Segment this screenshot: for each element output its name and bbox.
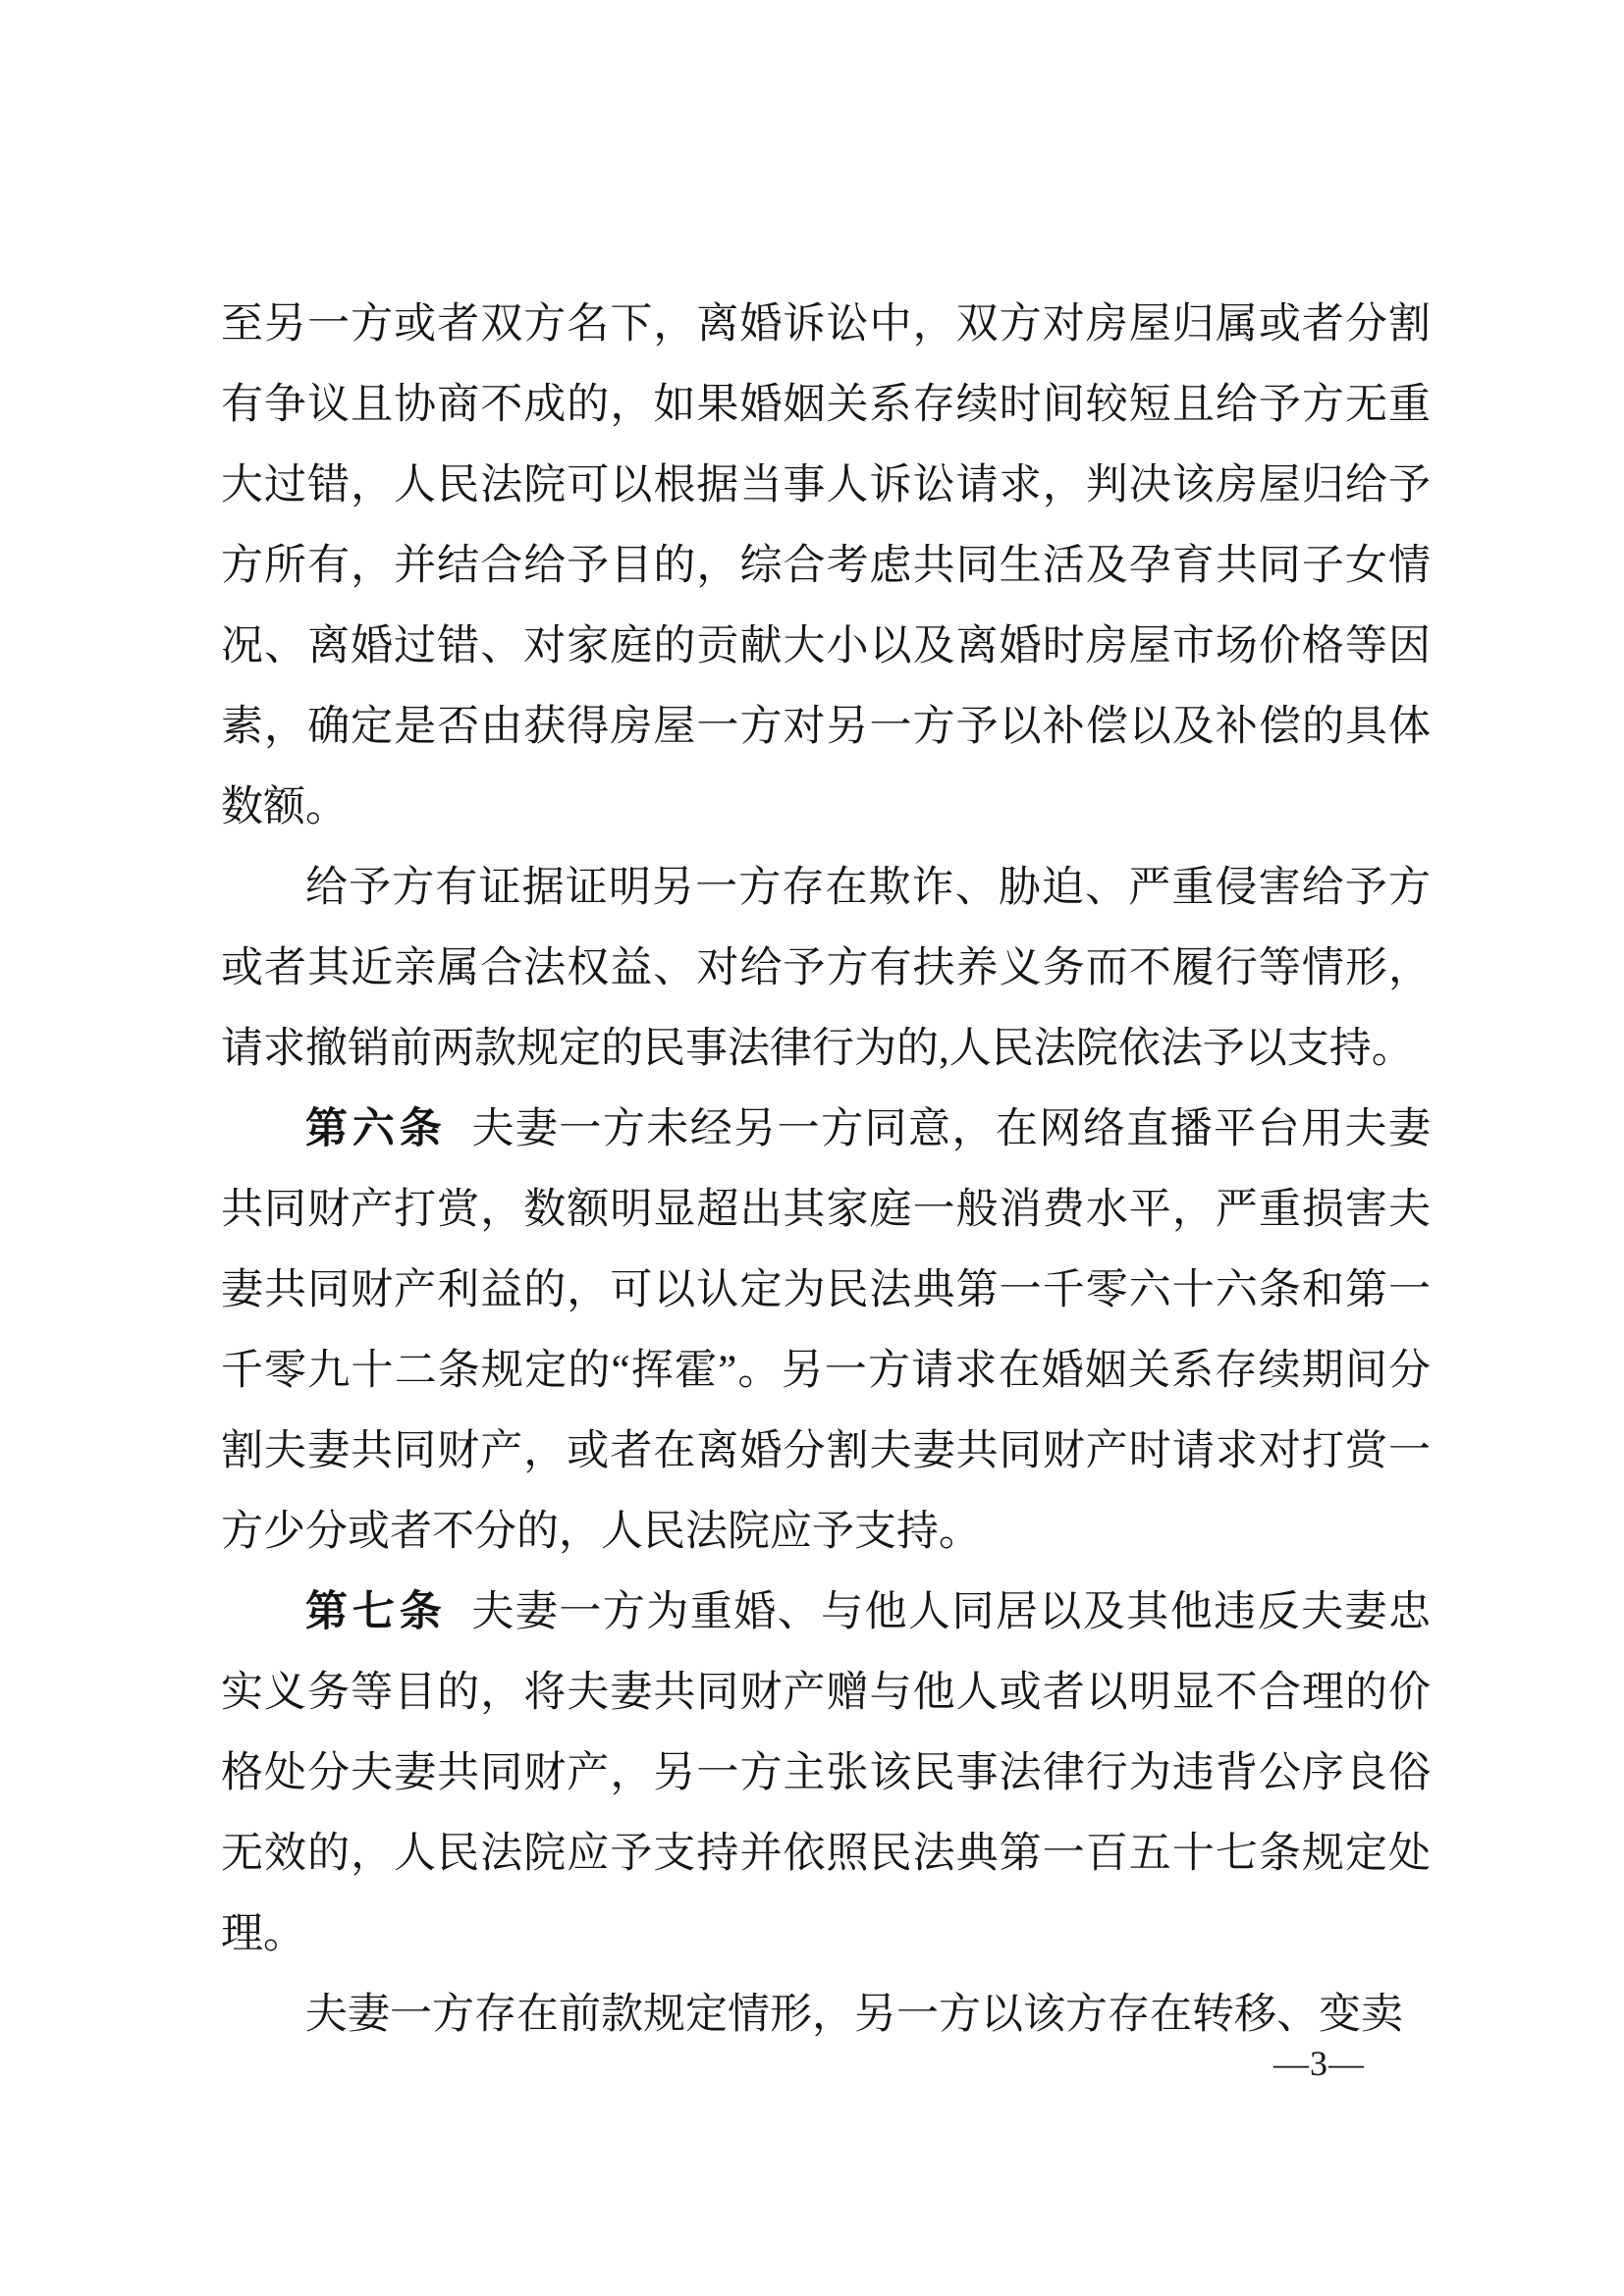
paragraph: 至另一方或者双方名下，离婚诉讼中，双方对房屋归属或者分割有争议且协商不成的，如果… [221,285,1431,848]
paragraph-text: 夫妻一方未经另一方同意，在网络直播平台用夫妻共同财产打赏，数额明显超出其家庭一般… [221,1106,1431,1555]
paragraph-text: 夫妻一方为重婚、与他人同居以及其他违反夫妻忠实义务等目的，将夫妻共同财产赠与他人… [221,1589,1431,1957]
paragraph: 第七条夫妻一方为重婚、与他人同居以及其他违反夫妻忠实义务等目的，将夫妻共同财产赠… [221,1573,1431,1975]
paragraph-text: 给予方有证据证明另一方存在欺诈、胁迫、严重侵害给予方或者其近亲属合法权益、对给予… [221,865,1431,1072]
paragraph-text: 夫妻一方存在前款规定情形，另一方以该方存在转移、变卖 [305,1992,1403,2038]
paragraph-text: 至另一方或者双方名下，离婚诉讼中，双方对房屋归属或者分割有争议且协商不成的，如果… [221,301,1431,830]
document-body: 至另一方或者双方名下，离婚诉讼中，双方对房屋归属或者分割有争议且协商不成的，如果… [221,285,1431,2056]
paragraph: 第六条夫妻一方未经另一方同意，在网络直播平台用夫妻共同财产打赏，数额明显超出其家… [221,1090,1431,1573]
article-number-6: 第六条 [305,1106,447,1152]
document-page: 至另一方或者双方名下，离婚诉讼中，双方对房屋归属或者分割有争议且协商不成的，如果… [0,0,1624,2296]
article-number-7: 第七条 [305,1589,447,1635]
page-number: —3— [1273,2044,1365,2083]
paragraph: 夫妻一方存在前款规定情形，另一方以该方存在转移、变卖 [221,1975,1431,2056]
paragraph: 给予方有证据证明另一方存在欺诈、胁迫、严重侵害给予方或者其近亲属合法权益、对给予… [221,848,1431,1090]
